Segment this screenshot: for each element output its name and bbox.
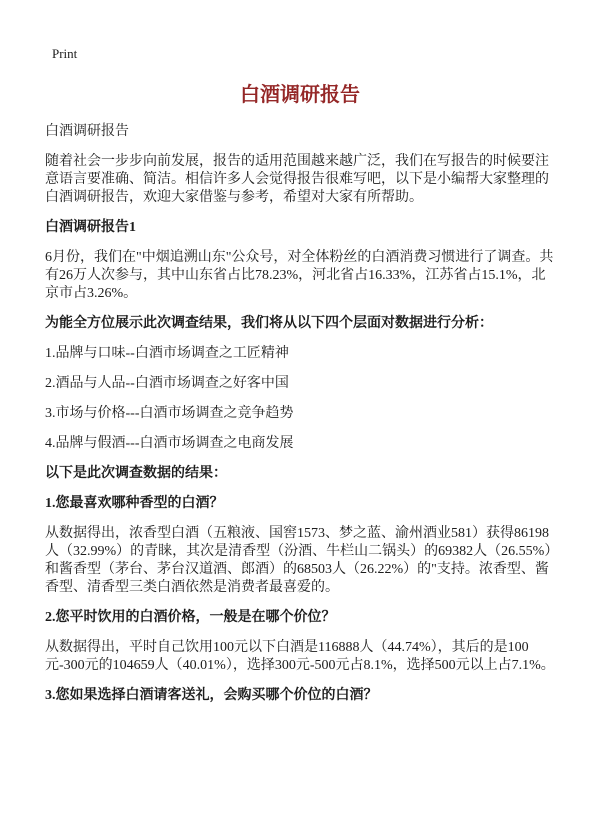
report-title: 白酒调研报告 — [45, 84, 555, 107]
question-block-3: 3.您如果选择白酒请客送礼，会购买哪个价位的白酒？ — [45, 687, 555, 705]
question-block-2: 2.您平时饮用的白酒价格，一般是在哪个价位？ 从数据得出，平时自己饮用100元以… — [45, 609, 555, 675]
question-1-heading: 1.您最喜欢哪种香型的白酒？ — [45, 495, 555, 513]
analysis-item-3: 3.市场与价格---白酒市场调查之竞争趋势 — [45, 405, 555, 423]
survey-overview-paragraph: 6月份，我们在"中烟追溯山东"公众号，对全体粉丝的白酒消费习惯进行了调查。共有2… — [45, 249, 555, 303]
document-page: Print 白酒调研报告 白酒调研报告 随着社会一步步向前发展，报告的适用范围越… — [0, 0, 600, 828]
results-heading: 以下是此次调查数据的结果： — [45, 465, 555, 483]
question-block-1: 1.您最喜欢哪种香型的白酒？ 从数据得出，浓香型白酒（五粮液、国窖1573、梦之… — [45, 495, 555, 597]
answer-2-paragraph: 从数据得出，平时自己饮用100元以下白酒是116888人（44.74%），其后的… — [45, 639, 555, 675]
report-subtitle: 白酒调研报告 — [45, 123, 555, 141]
question-3-heading: 3.您如果选择白酒请客送礼，会购买哪个价位的白酒？ — [45, 687, 555, 705]
intro-paragraph: 随着社会一步步向前发展，报告的适用范围越来越广泛，我们在写报告的时候要注意语言要… — [45, 153, 555, 207]
analysis-item-2: 2.酒品与人品--白酒市场调查之好客中国 — [45, 375, 555, 393]
analysis-intro-heading: 为能全方位展示此次调查结果，我们将从以下四个层面对数据进行分析： — [45, 315, 555, 333]
print-button[interactable]: Print — [52, 46, 77, 61]
analysis-item-4: 4.品牌与假酒---白酒市场调查之电商发展 — [45, 435, 555, 453]
answer-1-paragraph: 从数据得出，浓香型白酒（五粮液、国窖1573、梦之蓝、渝州酒业581）获得861… — [45, 525, 555, 597]
section-heading-report-1: 白酒调研报告1 — [45, 219, 555, 237]
question-2-heading: 2.您平时饮用的白酒价格，一般是在哪个价位？ — [45, 609, 555, 627]
analysis-item-1: 1.品牌与口味--白酒市场调查之工匠精神 — [45, 345, 555, 363]
